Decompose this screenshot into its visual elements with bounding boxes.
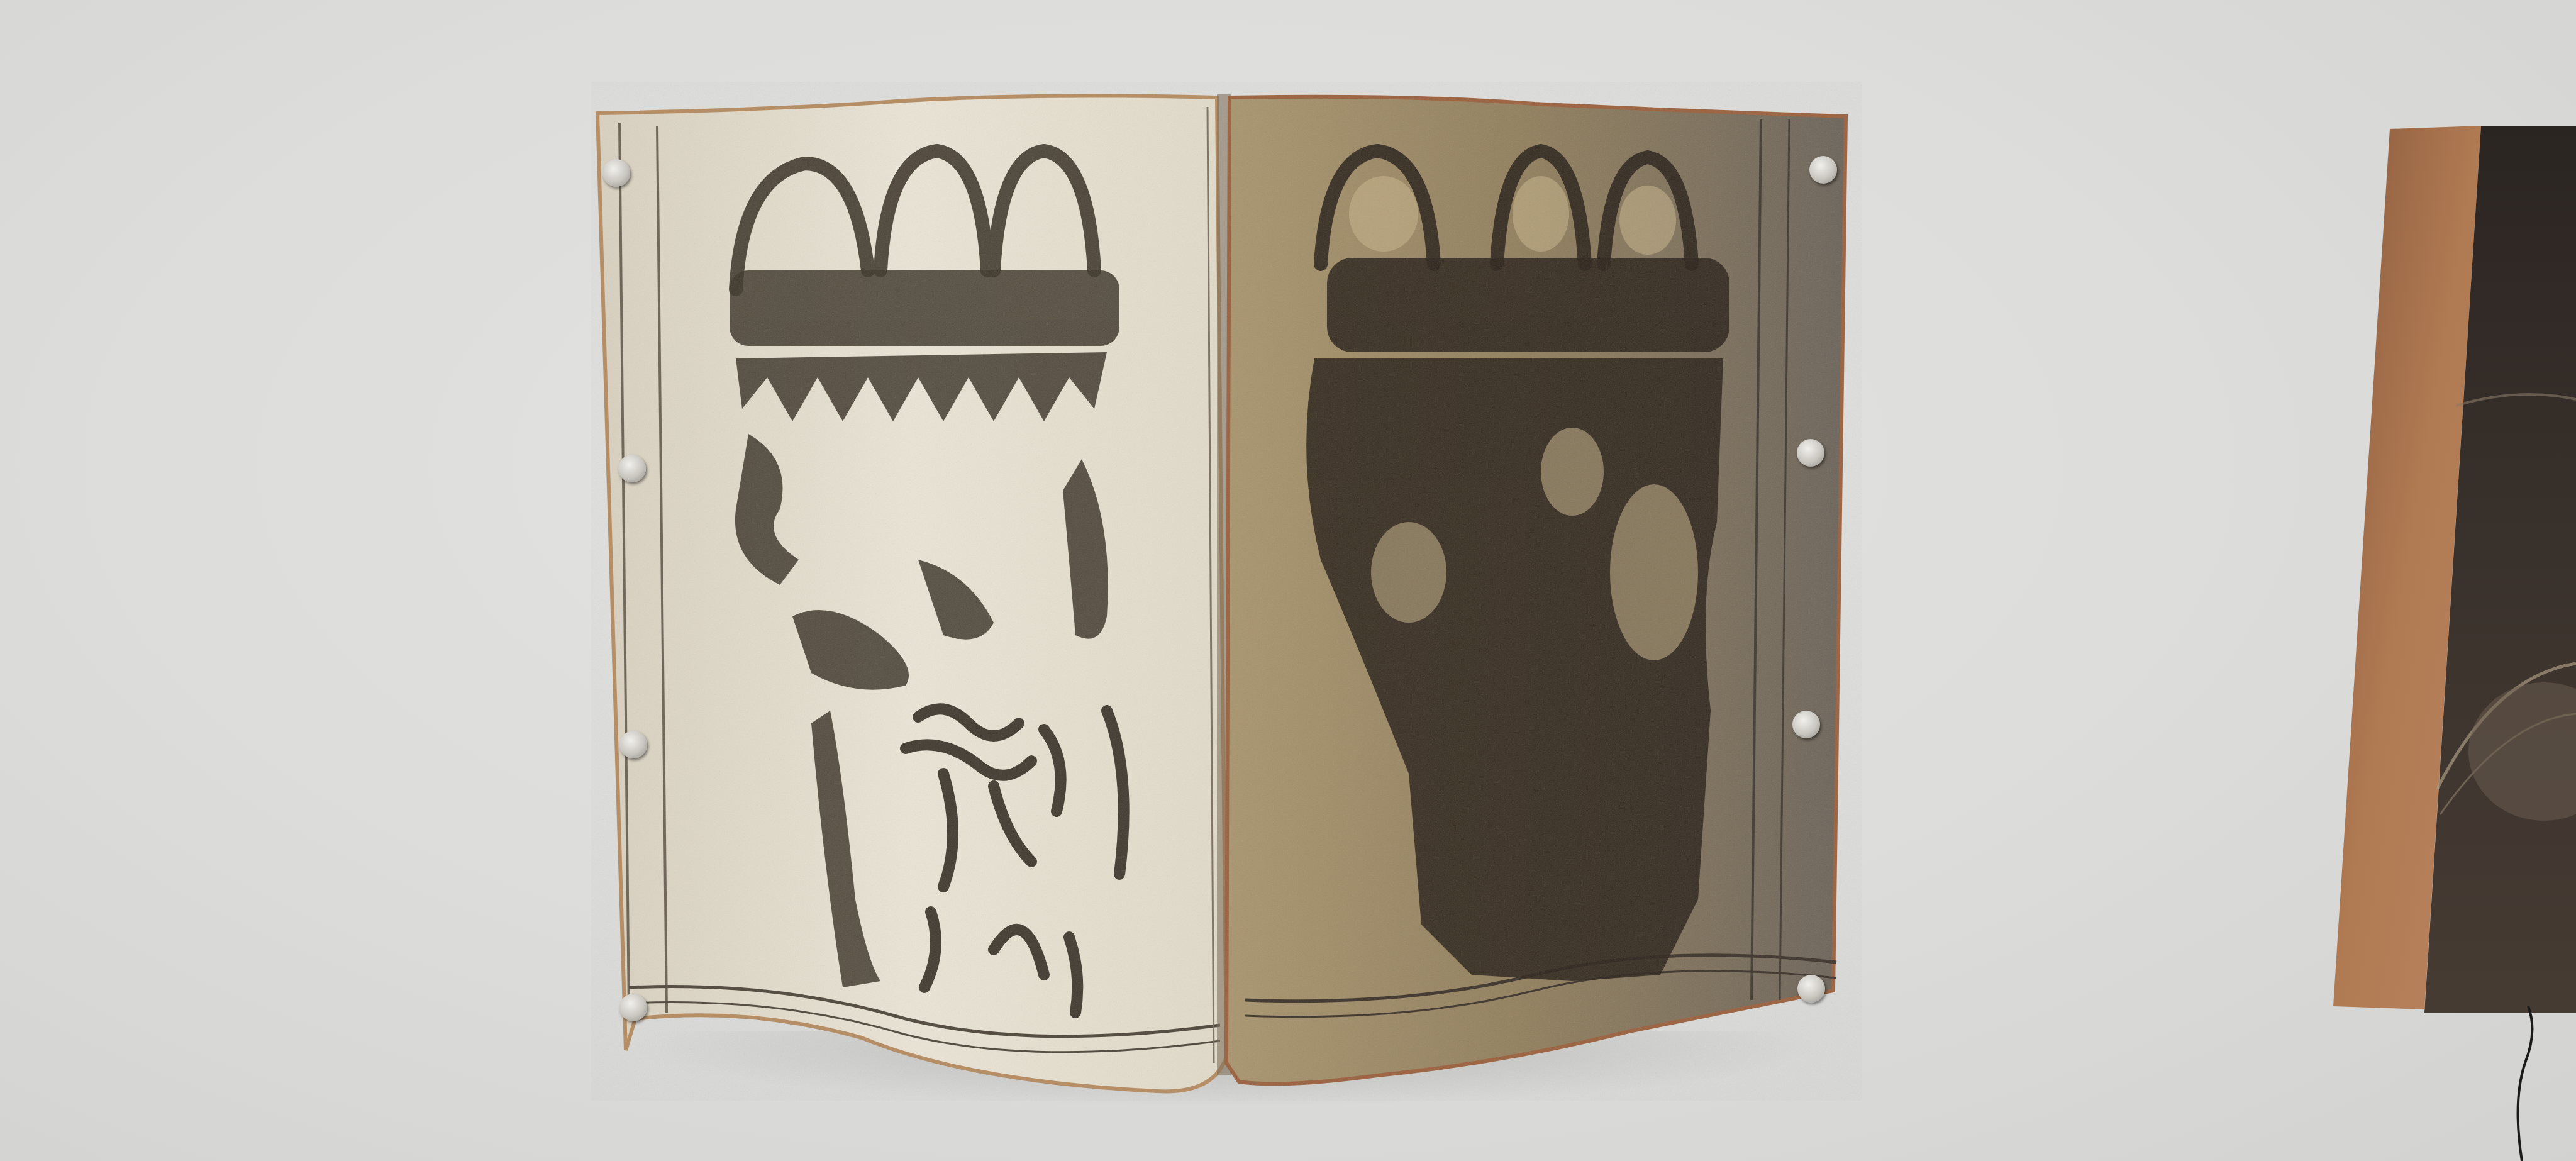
book-pages-illustration: [591, 82, 1862, 1101]
magnet-left-3: [619, 731, 647, 758]
magnet-right-2: [1797, 439, 1824, 467]
power-cable: [2503, 1006, 2541, 1161]
open-book-artwork: [591, 82, 1862, 1101]
magnet-left-4: [619, 994, 647, 1021]
side-artwork-illustration: [2330, 123, 2576, 1016]
side-artwork-partial: [2330, 123, 2576, 1016]
magnet-right-1: [1809, 156, 1837, 184]
magnet-right-4: [1797, 975, 1825, 1003]
magnet-left-2: [618, 455, 646, 482]
magnet-right-3: [1792, 711, 1820, 738]
magnet-left-1: [602, 159, 630, 187]
